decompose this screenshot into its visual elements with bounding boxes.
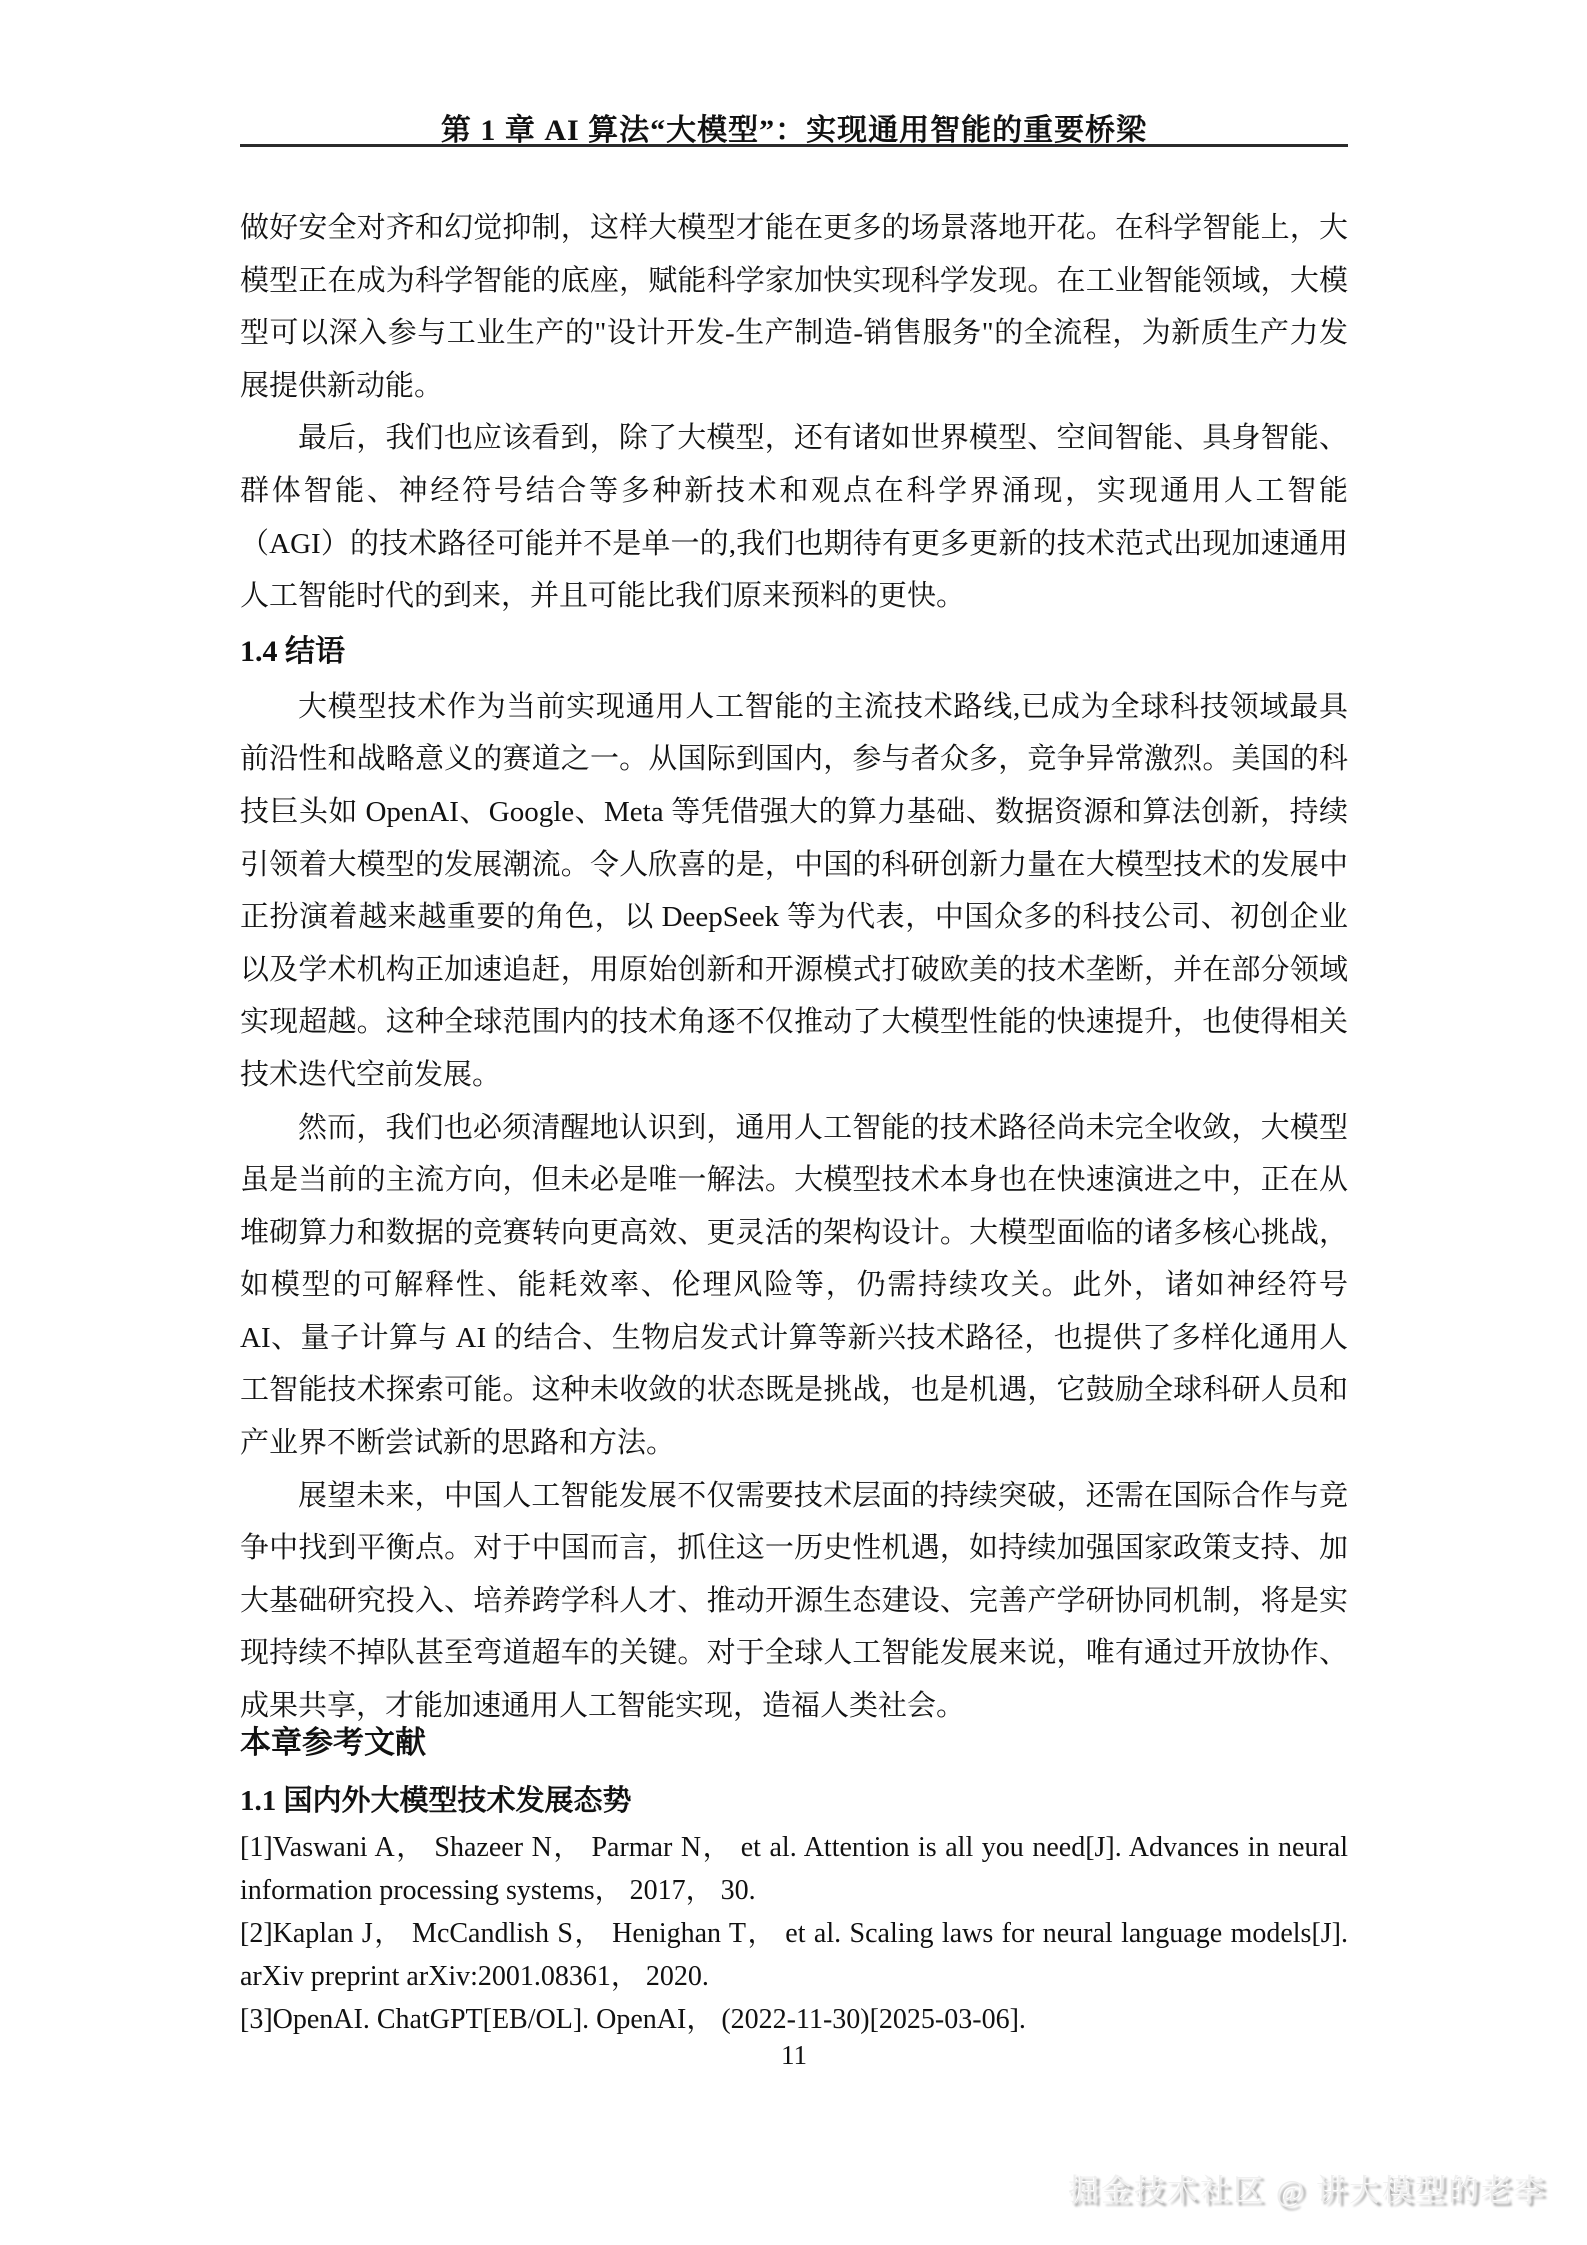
reference-item: [2]Kaplan J， McCandlish S， Henighan T， e… — [240, 1912, 1348, 1998]
body-paragraph: 做好安全对齐和幻觉抑制，这样大模型才能在更多的场景落地开花。在科学智能上，大模型… — [240, 202, 1348, 412]
body-paragraph: 展望未来，中国人工智能发展不仅需要技术层面的持续突破，还需在国际合作与竞争中找到… — [240, 1470, 1348, 1733]
page-number: 11 — [240, 2040, 1348, 2071]
section-heading-1-4: 1.4 结语 — [240, 623, 1348, 681]
reference-item: [1]Vaswani A， Shazeer N， Parmar N， et al… — [240, 1826, 1348, 1912]
chapter-header-title: 第 1 章 AI 算法“大模型”：实现通用智能的重要桥梁 — [240, 105, 1348, 149]
reference-item: [3]OpenAI. ChatGPT[EB/OL]. OpenAI， (2022… — [240, 1998, 1348, 2041]
references-subheading-1-1: 1.1 国内外大模型技术发展态势 — [240, 1780, 1348, 1822]
body-paragraph: 最后，我们也应该看到，除了大模型，还有诸如世界模型、空间智能、具身智能、群体智能… — [240, 412, 1348, 622]
body-text: 做好安全对齐和幻觉抑制，这样大模型才能在更多的场景落地开花。在科学智能上，大模型… — [240, 202, 1348, 1733]
header-divider-rule — [240, 144, 1348, 147]
watermark-text: 掘金技术社区 @ 讲大模型的老李 — [1068, 2165, 1547, 2210]
body-paragraph: 大模型技术作为当前实现通用人工智能的主流技术路线,已成为全球科技领域最具前沿性和… — [240, 681, 1348, 1102]
references-section: 本章参考文献 1.1 国内外大模型技术发展态势 [1]Vaswani A， Sh… — [240, 1722, 1348, 2041]
document-page: 第 1 章 AI 算法“大模型”：实现通用智能的重要桥梁 做好安全对齐和幻觉抑制… — [0, 0, 1587, 2245]
references-heading: 本章参考文献 — [240, 1722, 1348, 1764]
body-paragraph: 然而，我们也必须清醒地认识到，通用人工智能的技术路径尚未完全收敛，大模型虽是当前… — [240, 1102, 1348, 1470]
